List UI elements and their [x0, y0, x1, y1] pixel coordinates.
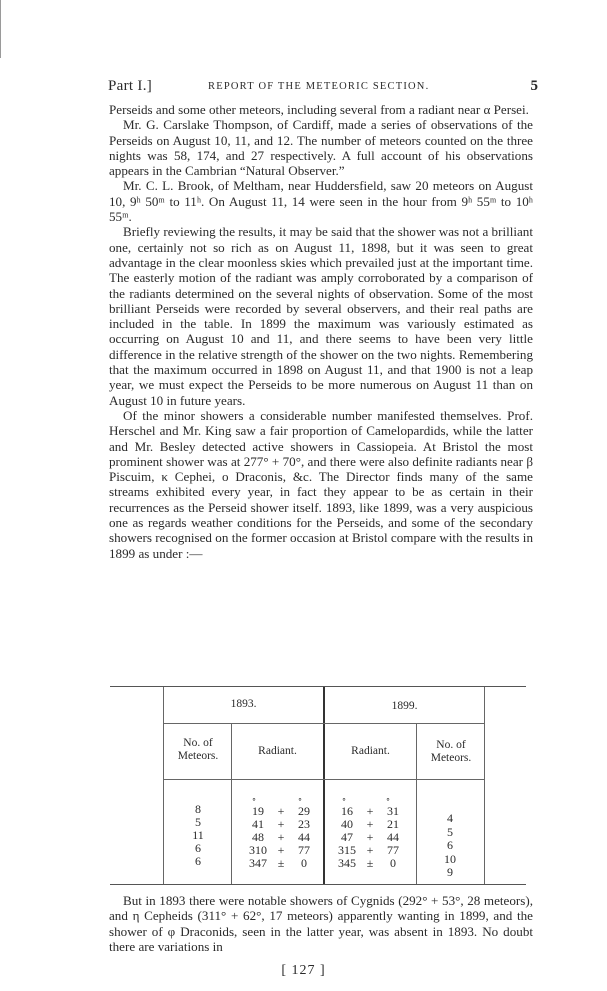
column-header-radiant-1893: Radiant.	[232, 745, 323, 758]
table-col-divider	[416, 724, 417, 884]
column-header-meteors-1899: No. of Meteors.	[420, 739, 482, 765]
table-bottom-rule	[110, 884, 526, 885]
cell: 6	[180, 855, 216, 868]
cell: 4	[432, 812, 468, 826]
radiant-row: 347±0	[245, 857, 317, 870]
paragraph: Perseids and some other meteors, includi…	[109, 102, 533, 117]
running-header: Part I.] REPORT OF THE METEORIC SECTION.…	[108, 78, 538, 98]
running-title: REPORT OF THE METEORIC SECTION.	[208, 81, 429, 92]
meteors-column-1893: 8 5 11 6 6	[180, 803, 216, 868]
meteors-column-1899: 4 5 6 10 9	[432, 812, 468, 880]
table-year-divider	[323, 687, 325, 884]
table-header-rule	[164, 723, 484, 724]
folio: [ 127 ]	[0, 963, 607, 979]
table-subheader-rule	[164, 779, 484, 780]
paragraph: Briefly reviewing the results, it may be…	[109, 224, 533, 408]
year-header-1899: 1899.	[325, 700, 484, 713]
page-edge-line	[0, 0, 1, 58]
cell: 10	[432, 853, 468, 867]
table-left-border	[163, 687, 164, 884]
part-label: Part I.]	[108, 78, 152, 95]
paragraph: Mr. G. Carslake Thompson, of Cardiff, ma…	[109, 117, 533, 178]
column-header-radiant-1899: Radiant.	[325, 745, 416, 758]
year-header-1893: 1893.	[164, 698, 323, 711]
cell: 5	[432, 826, 468, 840]
table-top-rule	[110, 686, 526, 687]
body-text-before-table: Perseids and some other meteors, includi…	[109, 102, 533, 561]
page-number: 5	[531, 78, 539, 95]
radiant-row: 345±0	[334, 857, 406, 870]
table-right-border	[484, 687, 485, 884]
column-header-meteors-1893: No. of Meteors.	[167, 737, 229, 763]
cell: 6	[432, 839, 468, 853]
radiant-column-1899: 16+31 40+21 47+44 315+77 345±0	[334, 805, 406, 870]
paragraph: But in 1893 there were notable showers o…	[109, 893, 533, 954]
body-text-after-table: But in 1893 there were notable showers o…	[109, 893, 533, 954]
radiant-column-1893: 19+29 41+23 48+44 310+77 347±0	[245, 805, 317, 870]
paragraph: Mr. C. L. Brook, of Meltham, near Hudder…	[109, 178, 533, 224]
cell: 9	[432, 866, 468, 880]
paragraph: Of the minor showers a considerable numb…	[109, 408, 533, 561]
